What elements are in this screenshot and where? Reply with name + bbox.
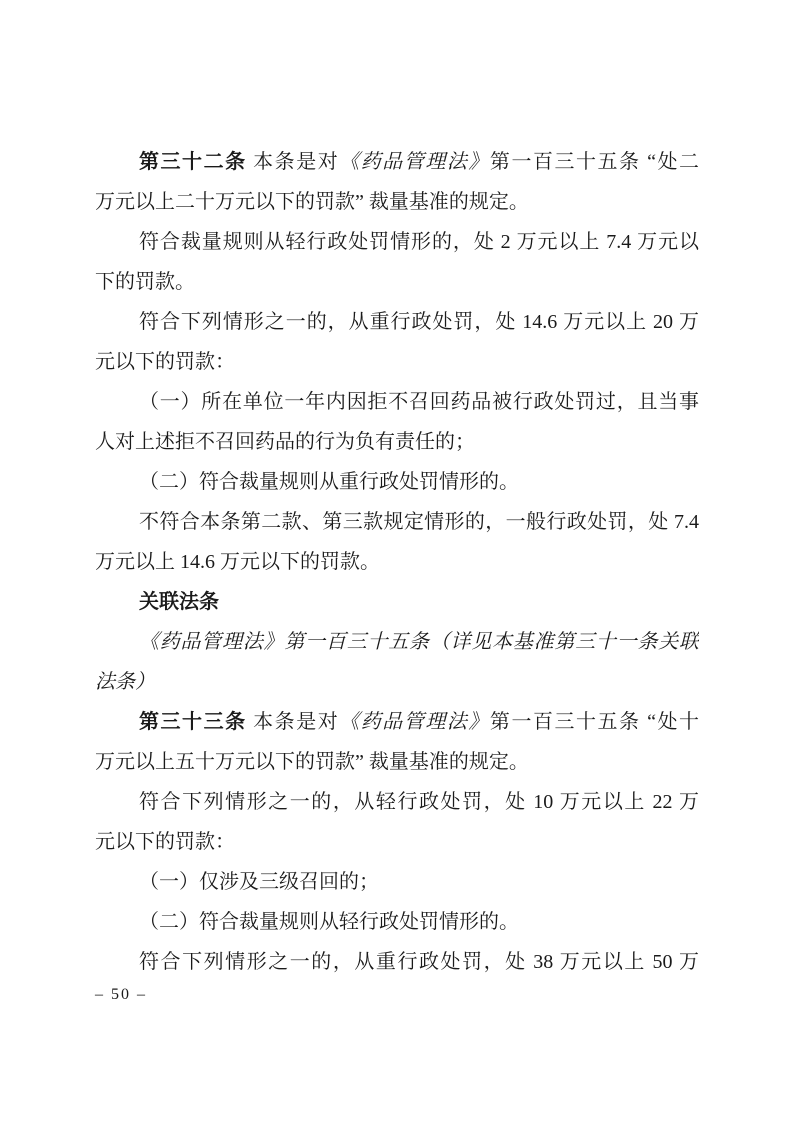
text-line-5: 符合下列情形之一的，从重行政处罚，处 14.6 万元以上 20 万 — [95, 302, 699, 342]
text-line-6: 元以下的罚款： — [95, 342, 699, 382]
bold-text-run: 关联法条 — [139, 591, 219, 613]
text-run: 第一百三十五条 “处二 — [490, 151, 699, 173]
text-line-15: 第三十三条 本条是对《药品管理法》第一百三十五条 “处十 — [95, 702, 699, 742]
text-run: 人对上述拒不召回药品的行为负有责任的； — [95, 431, 475, 453]
text-run: 万元以上二十万元以下的罚款” 裁量基准的规定。 — [95, 191, 529, 213]
text-run: 万元以上 14.6 万元以下的罚款。 — [95, 551, 380, 573]
text-run: 本条是对 — [247, 711, 340, 733]
text-run: 符合下列情形之一的，从轻行政处罚，处 10 万元以上 22 万 — [139, 791, 699, 813]
text-line-4: 下的罚款。 — [95, 262, 699, 302]
text-line-14: 法条） — [95, 662, 699, 702]
text-line-12: 关联法条 — [95, 582, 699, 622]
text-line-8: 人对上述拒不召回药品的行为负有责任的； — [95, 422, 699, 462]
text-run: 元以下的罚款： — [95, 831, 235, 853]
text-line-19: （一）仅涉及三级召回的； — [95, 862, 699, 902]
kai-text-run: 《药品管理法》 — [339, 151, 490, 173]
document-content: 第三十二条 本条是对《药品管理法》第一百三十五条 “处二万元以上二十万元以下的罚… — [95, 142, 699, 982]
text-line-11: 万元以上 14.6 万元以下的罚款。 — [95, 542, 699, 582]
text-run: 本条是对 — [247, 151, 340, 173]
text-line-7: （一）所在单位一年内因拒不召回药品被行政处罚过，且当事 — [95, 382, 699, 422]
text-run: 符合下列情形之一的，从重行政处罚，处 14.6 万元以上 20 万 — [139, 311, 699, 333]
kai-text-run: 《药品管理法》第一百三十五条（详见本基准第三十一条关联 — [139, 631, 699, 653]
text-line-9: （二）符合裁量规则从重行政处罚情形的。 — [95, 462, 699, 502]
text-line-2: 万元以上二十万元以下的罚款” 裁量基准的规定。 — [95, 182, 699, 222]
bold-text-run: 第三十二条 — [139, 151, 247, 173]
text-run: 符合裁量规则从轻行政处罚情形的，处 2 万元以上 7.4 万元以 — [139, 231, 699, 253]
text-line-18: 元以下的罚款： — [95, 822, 699, 862]
text-run: （二）符合裁量规则从重行政处罚情形的。 — [139, 471, 519, 493]
text-run: 第一百三十五条 “处十 — [490, 711, 699, 733]
text-run: 不符合本条第二款、第三款规定情形的，一般行政处罚，处 7.4 — [139, 511, 699, 533]
text-run: 符合下列情形之一的，从重行政处罚，处 38 万元以上 50 万 — [139, 951, 699, 973]
text-line-13: 《药品管理法》第一百三十五条（详见本基准第三十一条关联 — [95, 622, 699, 662]
text-line-21: 符合下列情形之一的，从重行政处罚，处 38 万元以上 50 万 — [95, 942, 699, 982]
text-run: 下的罚款。 — [95, 271, 195, 293]
kai-text-run: 法条） — [95, 671, 155, 693]
kai-text-run: 《药品管理法》 — [339, 711, 490, 733]
text-run: 元以下的罚款： — [95, 351, 235, 373]
text-line-17: 符合下列情形之一的，从轻行政处罚，处 10 万元以上 22 万 — [95, 782, 699, 822]
bold-text-run: 第三十三条 — [139, 711, 247, 733]
page-number: – 50 – — [95, 984, 147, 1006]
text-run: （一）仅涉及三级召回的； — [139, 871, 379, 893]
document-page: 第三十二条 本条是对《药品管理法》第一百三十五条 “处二万元以上二十万元以下的罚… — [0, 0, 793, 1122]
text-line-3: 符合裁量规则从轻行政处罚情形的，处 2 万元以上 7.4 万元以 — [95, 222, 699, 262]
text-line-10: 不符合本条第二款、第三款规定情形的，一般行政处罚，处 7.4 — [95, 502, 699, 542]
text-run: （一）所在单位一年内因拒不召回药品被行政处罚过，且当事 — [139, 391, 699, 413]
text-line-1: 第三十二条 本条是对《药品管理法》第一百三十五条 “处二 — [95, 142, 699, 182]
text-line-20: （二）符合裁量规则从轻行政处罚情形的。 — [95, 902, 699, 942]
text-run: 万元以上五十万元以下的罚款” 裁量基准的规定。 — [95, 751, 529, 773]
text-line-16: 万元以上五十万元以下的罚款” 裁量基准的规定。 — [95, 742, 699, 782]
text-run: （二）符合裁量规则从轻行政处罚情形的。 — [139, 911, 519, 933]
